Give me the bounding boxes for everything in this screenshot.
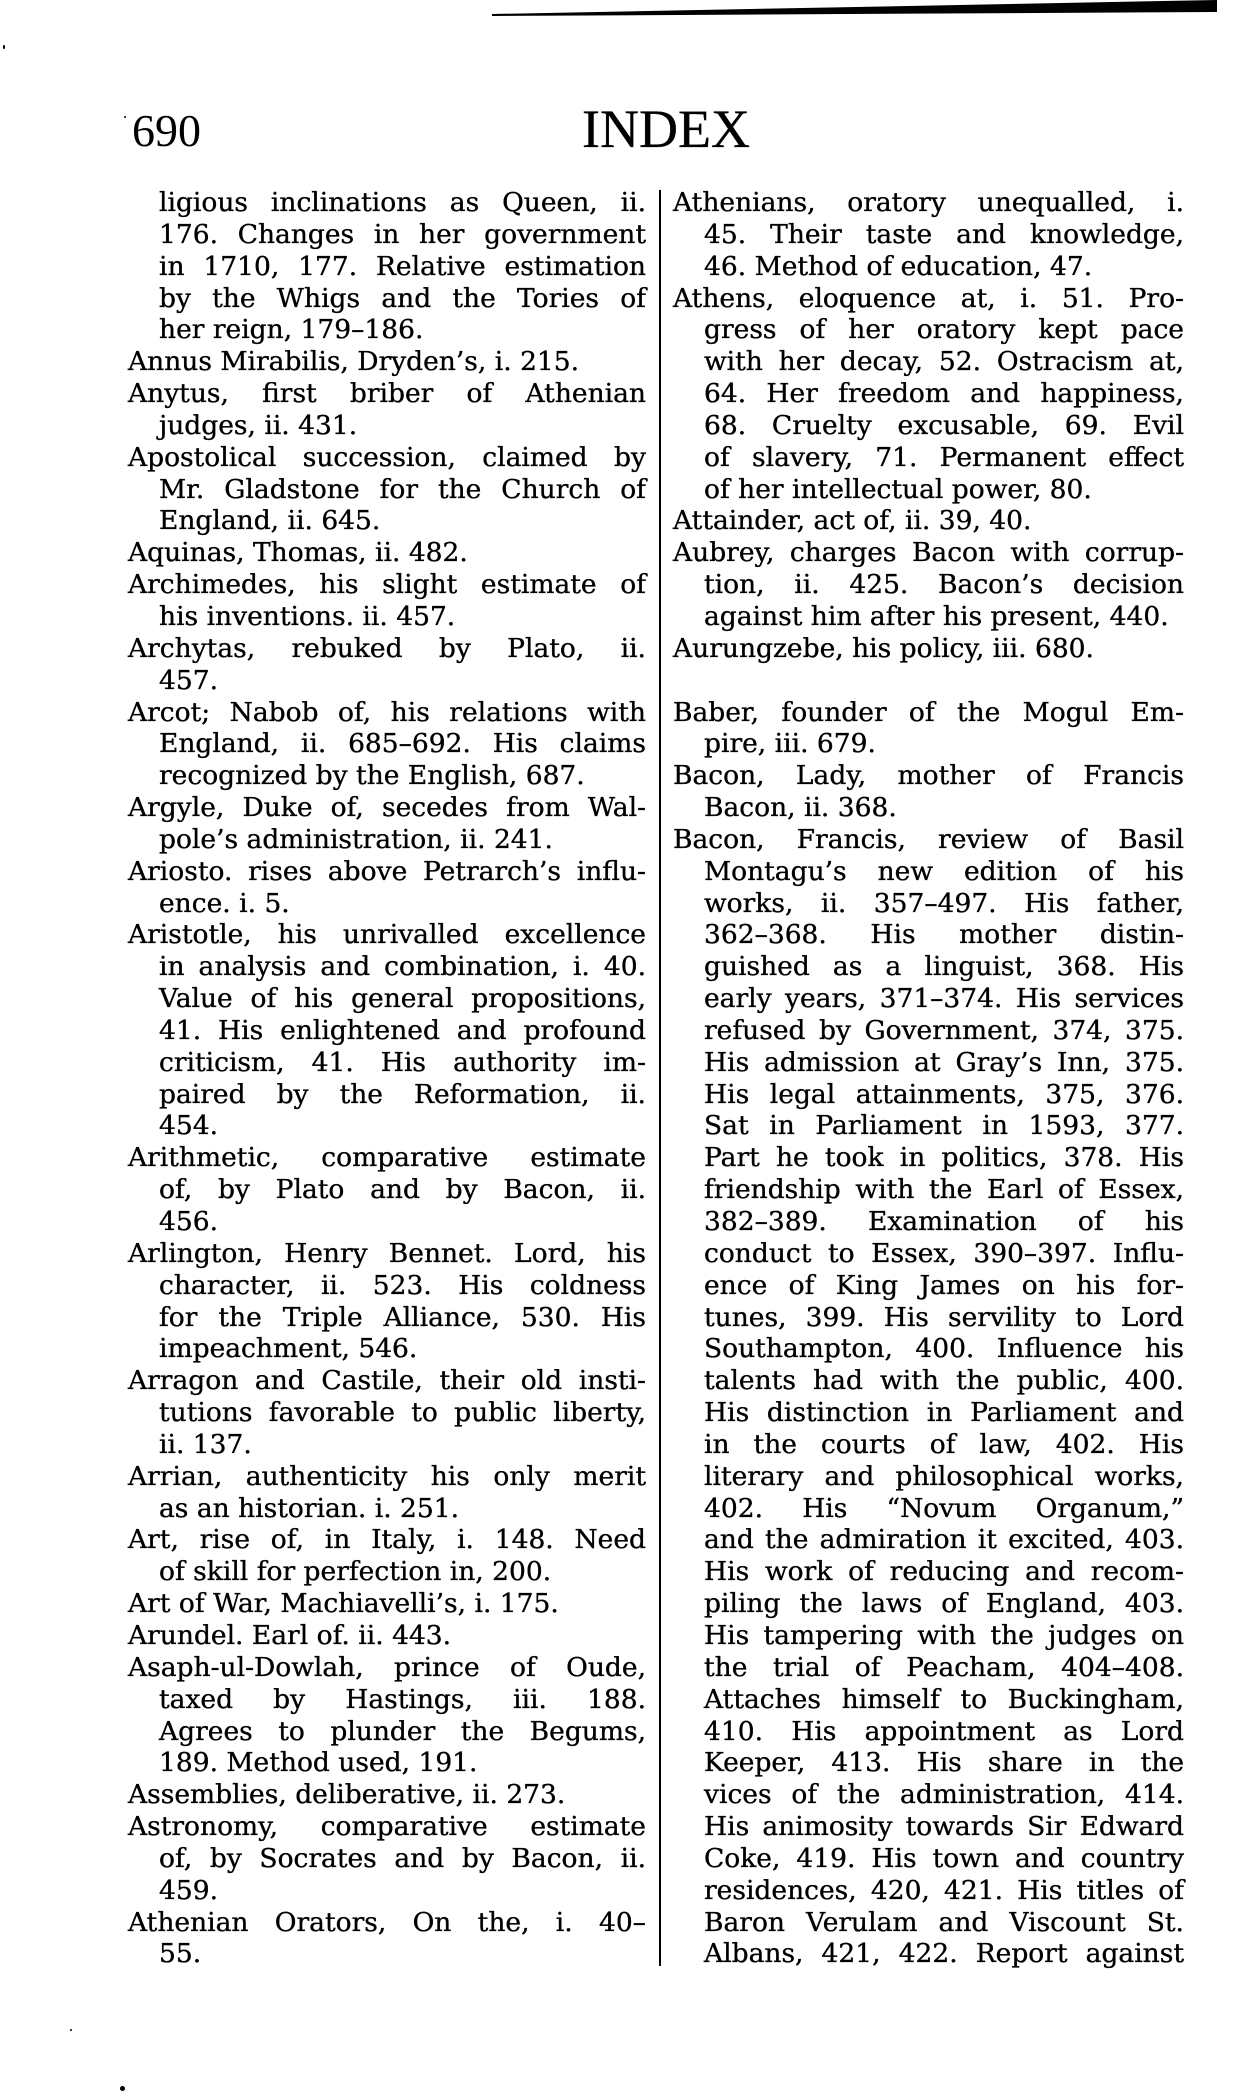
entry-first-line: Attainder, act of, ii. 39, 40. [673, 505, 1184, 537]
entry-continuation-line: 55. [159, 1938, 646, 1970]
entry-continuation-line: by the Whigs and the Tories of [159, 283, 646, 315]
index-entry: Assemblies, deliberative, ii. 273. [128, 1779, 646, 1811]
entry-continuation-line: in analysis and combination, i. 40. [159, 951, 646, 983]
entry-first-line: Archimedes, his slight estimate of [128, 569, 646, 601]
entry-continuation-line: His work of reducing and recom- [704, 1556, 1184, 1588]
scan-speck [70, 2029, 72, 2031]
entry-continuation-line: tutions favorable to public liberty, [159, 1397, 646, 1429]
index-entry: Archytas, rebuked by Plato, ii. 457. [128, 633, 646, 697]
entry-continuation-line: gress of her oratory kept pace [704, 314, 1184, 346]
entry-continuation-line: 454. [159, 1110, 646, 1142]
entry-first-line: Arrian, authenticity his only merit [128, 1461, 646, 1493]
entry-continuation-line: of, by Socrates and by Bacon, ii. [159, 1843, 646, 1875]
index-entry: Arithmetic, comparative estimate of, by … [128, 1142, 646, 1238]
entry-continuation-line: of, by Plato and by Bacon, ii. [159, 1174, 646, 1206]
entry-continuation-line: 189. Method used, 191. [159, 1747, 646, 1779]
index-entry: Aristotle, his unrivalled excellence in … [128, 919, 646, 1142]
entry-continuation-line: 68. Cruelty excusable, 69. Evil [704, 410, 1184, 442]
entry-first-line: Ariosto. rises above Petrarch’s influ- [128, 856, 646, 888]
entry-first-line: Arundel. Earl of. ii. 443. [128, 1620, 646, 1652]
entry-continuation-line: her reign, 179–186. [159, 314, 646, 346]
entry-continuation-line: Keeper, 413. His share in the [704, 1747, 1184, 1779]
entry-continuation-line: ence of King James on his for- [704, 1270, 1184, 1302]
entry-continuation-line: piling the laws of England, 403. [704, 1588, 1184, 1620]
letter-section-break [673, 665, 1184, 697]
entry-continuation-line: of skill for perfection in, 200. [159, 1556, 646, 1588]
index-entry: Athens, eloquence at, i. 51. Pro- gress … [673, 283, 1184, 506]
index-entry: Art, rise of, in Italy, i. 148. Need of … [128, 1524, 646, 1588]
entry-continuation-line: Mr. Gladstone for the Church of [159, 474, 646, 506]
entry-continuation-line: against him after his present, 440. [704, 601, 1184, 633]
index-column-left: ligious inclinations as Queen, ii. 176. … [128, 187, 646, 1970]
entry-continuation-line: taxed by Hastings, iii. 188. [159, 1684, 646, 1716]
scan-speck [3, 45, 5, 49]
index-entry: Attainder, act of, ii. 39, 40. [673, 505, 1184, 537]
entry-continuation-line: Southampton, 400. Influence his [704, 1333, 1184, 1365]
entry-continuation-line: and the admiration it excited, 403. [704, 1524, 1184, 1556]
index-entry: Arrian, authenticity his only merit as a… [128, 1461, 646, 1525]
index-entry: Archimedes, his slight estimate of his i… [128, 569, 646, 633]
index-entry: Apostolical succession, claimed by Mr. G… [128, 442, 646, 538]
entry-continuation-line: ligious inclinations as Queen, ii. [159, 187, 646, 219]
entry-first-line: Archytas, rebuked by Plato, ii. [128, 633, 646, 665]
header-rule-decoration [0, 0, 1257, 20]
entry-first-line: Asaph-ul-Dowlah, prince of Oude, [128, 1652, 646, 1684]
index-entry: Bacon, Lady, mother of Francis Bacon, ii… [673, 760, 1184, 824]
entry-continuation-line: 410. His appointment as Lord [704, 1716, 1184, 1748]
entry-first-line: Apostolical succession, claimed by [128, 442, 646, 474]
index-entry: Annus Mirabilis, Dryden’s, i. 215. [128, 346, 646, 378]
entry-continuation-line: residences, 420, 421. His titles of [704, 1875, 1184, 1907]
entry-first-line: Athenian Orators, On the, i. 40– [128, 1907, 646, 1939]
entry-continuation-line: 382–389. Examination of his [704, 1206, 1184, 1238]
entry-continuation-line: impeachment, 546. [159, 1333, 646, 1365]
index-entry: Arundel. Earl of. ii. 443. [128, 1620, 646, 1652]
entry-continuation-line: criticism, 41. His authority im- [159, 1047, 646, 1079]
entry-first-line: Bacon, Lady, mother of Francis [673, 760, 1184, 792]
index-entry: Aquinas, Thomas, ii. 482. [128, 537, 646, 569]
entry-continuation-line: 459. [159, 1875, 646, 1907]
entry-continuation-line: 41. His enlightened and profound [159, 1015, 646, 1047]
index-entry: Baber, founder of the Mogul Em- pire, ii… [673, 697, 1184, 761]
entry-continuation-line: Bacon, ii. 368. [704, 792, 1184, 824]
entry-continuation-line: 457. [159, 665, 646, 697]
entry-continuation-line: of slavery, 71. Permanent effect [704, 442, 1184, 474]
entry-first-line: Arithmetic, comparative estimate [128, 1142, 646, 1174]
entry-continuation-line: 362–368. His mother distin- [704, 919, 1184, 951]
running-head-title: INDEX [582, 102, 750, 156]
index-entry: Argyle, Duke of, secedes from Wal- pole’… [128, 792, 646, 856]
book-page: 690 INDEX ligious inclinations as Queen,… [0, 0, 1257, 2097]
index-column-right: Athenians, oratory unequalled, i. 45. Th… [673, 187, 1184, 1970]
entry-continuation-line: guished as a linguist, 368. His [704, 951, 1184, 983]
entry-continuation-line: England, ii. 685–692. His claims [159, 728, 646, 760]
entry-continuation-line: His legal attainments, 375, 376. [704, 1079, 1184, 1111]
entry-first-line: Anytus, first briber of Athenian [128, 378, 646, 410]
entry-continuation-line: his inventions. ii. 457. [159, 601, 646, 633]
entry-continuation-line: 402. His “Novum Organum,” [704, 1493, 1184, 1525]
entry-continuation-line: 46. Method of education, 47. [704, 251, 1184, 283]
entry-continuation-line: tion, ii. 425. Bacon’s decision [704, 569, 1184, 601]
entry-first-line: Baber, founder of the Mogul Em- [673, 697, 1184, 729]
entry-continuation-line: talents had with the public, 400. [704, 1365, 1184, 1397]
entry-continuation-line: of her intellectual power, 80. [704, 474, 1184, 506]
entry-continuation-line: His admission at Gray’s Inn, 375. [704, 1047, 1184, 1079]
entry-continuation-line: in the courts of law, 402. His [704, 1429, 1184, 1461]
entry-continuation-line: refused by Government, 374, 375. [704, 1015, 1184, 1047]
column-divider [659, 190, 661, 1966]
entry-first-line: Astronomy, comparative estimate [128, 1811, 646, 1843]
entry-first-line: Arlington, Henry Bennet. Lord, his [128, 1238, 646, 1270]
entry-continuation-line: character, ii. 523. His coldness [159, 1270, 646, 1302]
entry-first-line: Aurungzebe, his policy, iii. 680. [673, 633, 1184, 665]
entry-continuation-line: works, ii. 357–497. His father, [704, 888, 1184, 920]
index-entry: Bacon, Francis, review of Basil Montagu’… [673, 824, 1184, 1970]
entry-continuation-line: ii. 137. [159, 1429, 646, 1461]
entry-continuation-line: Albans, 421, 422. Report against [704, 1938, 1184, 1970]
entry-continuation-line: His animosity towards Sir Edward [704, 1811, 1184, 1843]
entry-continuation-line: Attaches himself to Buckingham, [704, 1684, 1184, 1716]
entry-first-line: Argyle, Duke of, secedes from Wal- [128, 792, 646, 824]
entry-first-line: Bacon, Francis, review of Basil [673, 824, 1184, 856]
index-entry: Arcot; Nabob of, his relations with Engl… [128, 697, 646, 793]
entry-continuation-line: paired by the Reformation, ii. [159, 1079, 646, 1111]
entry-continuation-line: as an historian. i. 251. [159, 1493, 646, 1525]
entry-continuation-line: 456. [159, 1206, 646, 1238]
entry-continuation-line: ence. i. 5. [159, 888, 646, 920]
entry-continuation-line: Value of his general propositions, [159, 983, 646, 1015]
index-entry: Ariosto. rises above Petrarch’s influ- e… [128, 856, 646, 920]
entry-continuation-line: 45. Their taste and knowledge, [704, 219, 1184, 251]
entry-continuation-line: for the Triple Alliance, 530. His [159, 1302, 646, 1334]
entry-continuation-line: Baron Verulam and Viscount St. [704, 1907, 1184, 1939]
entry-continuation-line: recognized by the English, 687. [159, 760, 646, 792]
index-entry: Aubrey, charges Bacon with corrup- tion,… [673, 537, 1184, 633]
entry-continuation-line: early years, 371–374. His services [704, 983, 1184, 1015]
entry-first-line: Aquinas, Thomas, ii. 482. [128, 537, 646, 569]
entry-continuation-line: literary and philosophical works, [704, 1461, 1184, 1493]
entry-continuation-line: in 1710, 177. Relative estimation [159, 251, 646, 283]
entry-continuation-line: vices of the administration, 414. [704, 1779, 1184, 1811]
index-entry: Anytus, first briber of Athenian judges,… [128, 378, 646, 442]
entry-continuation-line: 64. Her freedom and happiness, [704, 378, 1184, 410]
entry-continuation-line: Coke, 419. His town and country [704, 1843, 1184, 1875]
entry-continuation-line: Montagu’s new edition of his [704, 856, 1184, 888]
entry-continuation-line: judges, ii. 431. [159, 410, 646, 442]
entry-first-line: Art of War, Machiavelli’s, i. 175. [128, 1588, 646, 1620]
entry-continuation-line: Agrees to plunder the Begums, [159, 1716, 646, 1748]
entry-first-line: Art, rise of, in Italy, i. 148. Need [128, 1524, 646, 1556]
entry-first-line: Annus Mirabilis, Dryden’s, i. 215. [128, 346, 646, 378]
entry-continuation-line: friendship with the Earl of Essex, [704, 1174, 1184, 1206]
index-entry-continued: ligious inclinations as Queen, ii. 176. … [128, 187, 646, 346]
entry-first-line: Aubrey, charges Bacon with corrup- [673, 537, 1184, 569]
entry-continuation-line: the trial of Peacham, 404–408. [704, 1652, 1184, 1684]
entry-continuation-line: 176. Changes in her government [159, 219, 646, 251]
entry-continuation-line: pole’s administration, ii. 241. [159, 824, 646, 856]
entry-continuation-line: England, ii. 645. [159, 505, 646, 537]
scan-speck [120, 2086, 125, 2091]
index-entry: Art of War, Machiavelli’s, i. 175. [128, 1588, 646, 1620]
index-entry: Asaph-ul-Dowlah, prince of Oude, taxed b… [128, 1652, 646, 1779]
entry-continuation-line: Sat in Parliament in 1593, 377. [704, 1110, 1184, 1142]
index-entry: Astronomy, comparative estimate of, by S… [128, 1811, 646, 1907]
index-entry: Arlington, Henry Bennet. Lord, his chara… [128, 1238, 646, 1365]
page-number: 690 [132, 108, 201, 154]
entry-continuation-line: Part he took in politics, 378. His [704, 1142, 1184, 1174]
entry-continuation-line: tunes, 399. His servility to Lord [704, 1302, 1184, 1334]
index-entry: Arragon and Castile, their old insti- tu… [128, 1365, 646, 1461]
index-entry: Aurungzebe, his policy, iii. 680. [673, 633, 1184, 665]
entry-continuation-line: His distinction in Parliament and [704, 1397, 1184, 1429]
entry-continuation-line: conduct to Essex, 390–397. Influ- [704, 1238, 1184, 1270]
index-entry: Athenians, oratory unequalled, i. 45. Th… [673, 187, 1184, 283]
entry-first-line: Assemblies, deliberative, ii. 273. [128, 1779, 646, 1811]
scan-speck [124, 116, 126, 118]
index-entry: Athenian Orators, On the, i. 40– 55. [128, 1907, 646, 1971]
entry-first-line: Athenians, oratory unequalled, i. [673, 187, 1184, 219]
entry-first-line: Athens, eloquence at, i. 51. Pro- [673, 283, 1184, 315]
entry-continuation-line: His tampering with the judges on [704, 1620, 1184, 1652]
entry-continuation-line: with her decay, 52. Ostracism at, [704, 346, 1184, 378]
entry-first-line: Arragon and Castile, their old insti- [128, 1365, 646, 1397]
entry-first-line: Aristotle, his unrivalled excellence [128, 919, 646, 951]
entry-first-line: Arcot; Nabob of, his relations with [128, 697, 646, 729]
entry-continuation-line: pire, iii. 679. [704, 728, 1184, 760]
